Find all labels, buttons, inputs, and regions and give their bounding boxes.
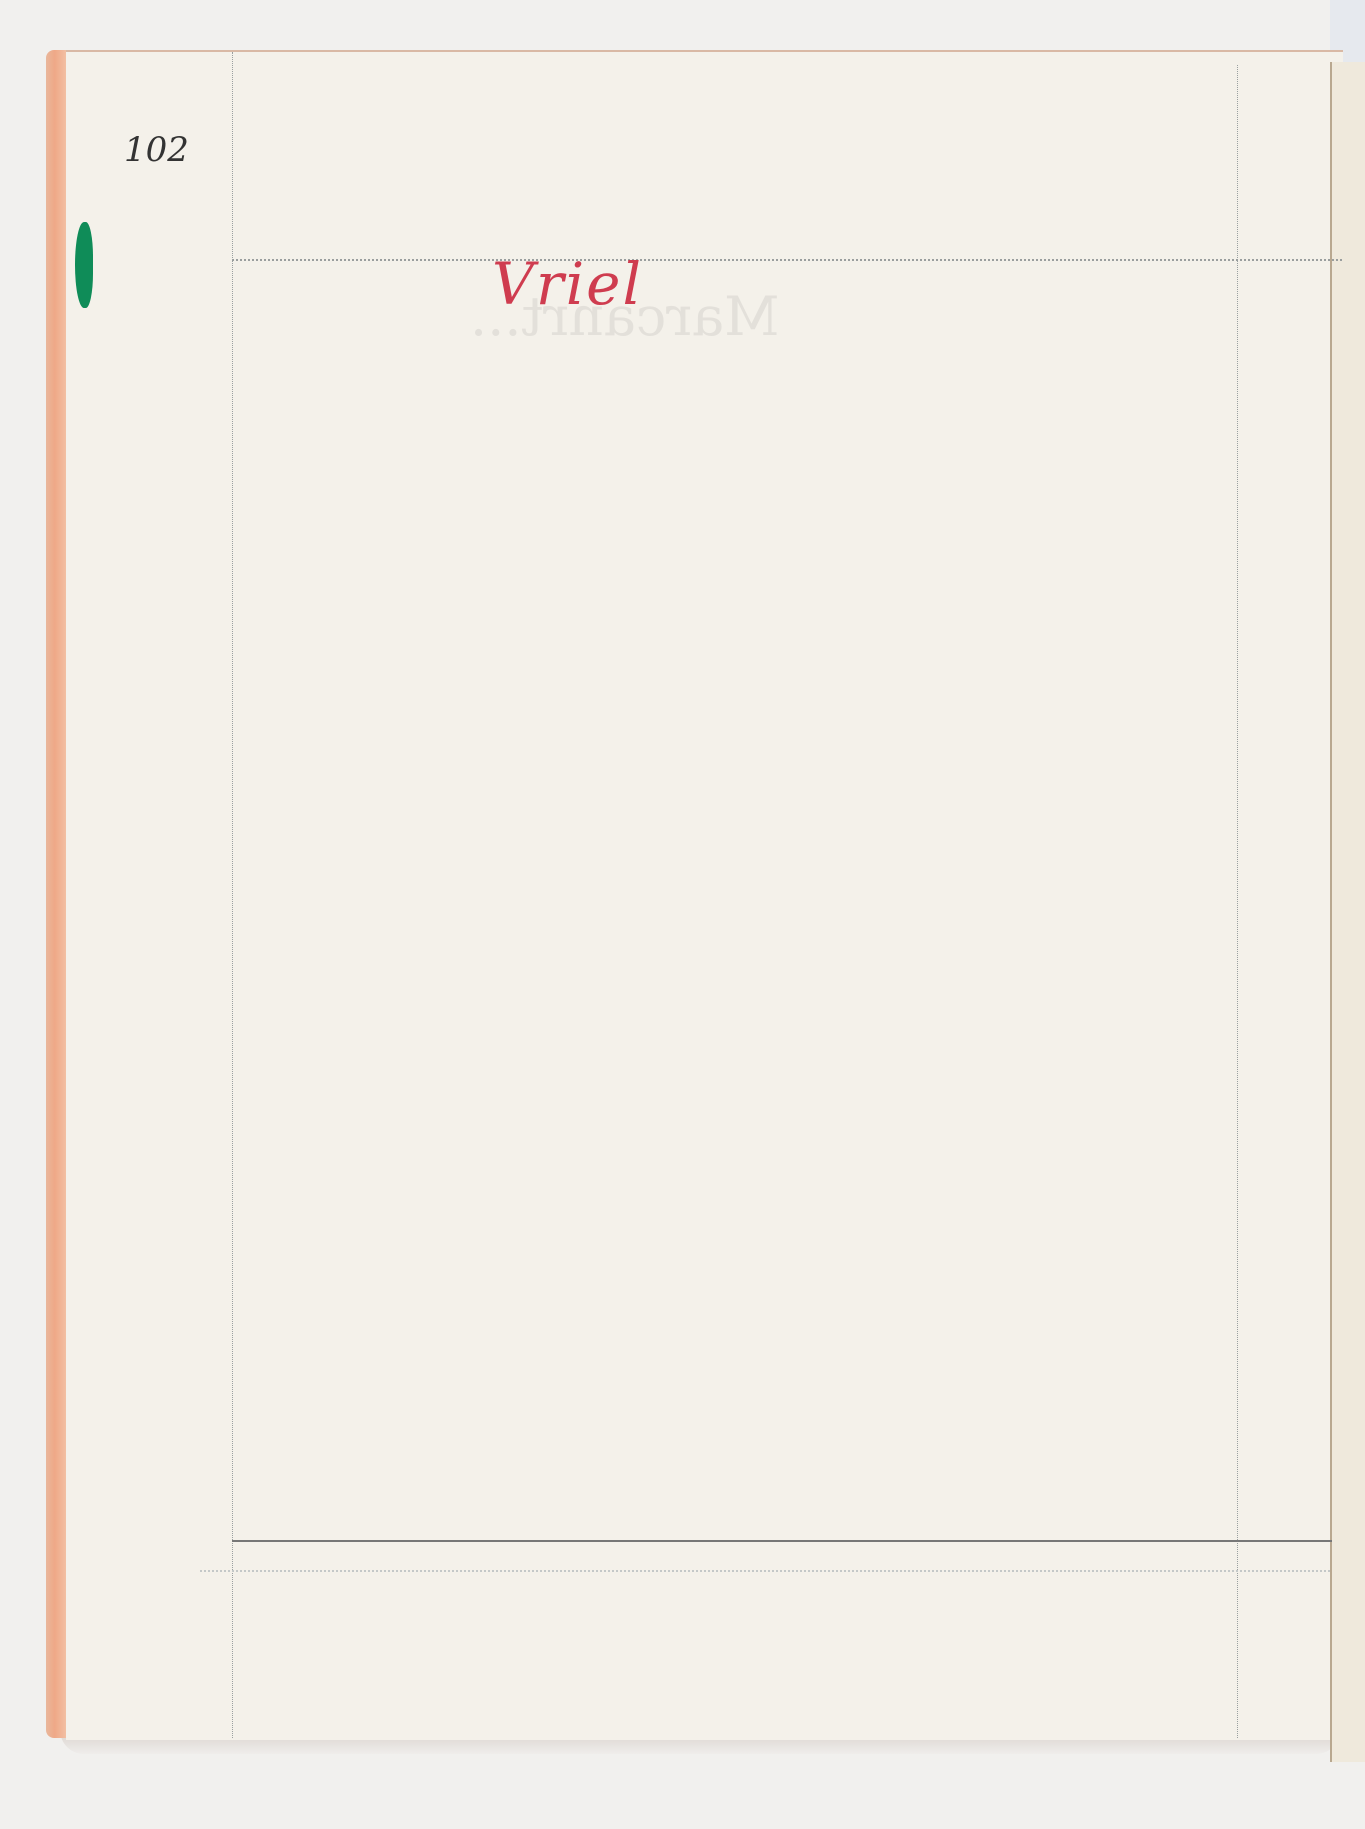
page-edge <box>46 50 68 1738</box>
right-margin-line <box>1237 65 1238 1738</box>
left-margin-line <box>232 52 233 1738</box>
bottom-rule-line <box>232 1540 1332 1542</box>
page-heading: Vriel <box>492 250 643 318</box>
green-index-tab <box>75 222 93 308</box>
page-number: 102 <box>124 130 189 170</box>
top-rule-line <box>232 259 1342 261</box>
adjacent-page <box>1330 62 1365 1762</box>
bottom-faint-line <box>200 1570 1330 1572</box>
